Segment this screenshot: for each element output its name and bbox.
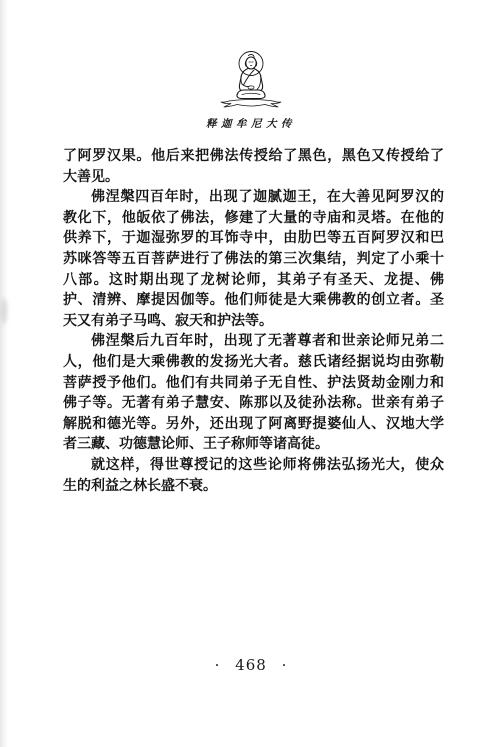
text-line: 八部。这时期出现了龙树论师，其弟子有圣天、龙提、佛: [63, 270, 444, 291]
text-line: 大善见。: [63, 167, 444, 188]
book-page: 释迦牟尼大传 了阿罗汉果。他后来把佛法传授给了黑色，黑色又传授给了 大善见。 佛…: [0, 0, 502, 747]
text-line: 天又有弟子马鸣、寂天和护法等。: [63, 311, 444, 332]
text-line: 了阿罗汉果。他后来把佛法传授给了黑色，黑色又传授给了: [63, 146, 444, 167]
page-number: · 468 ·: [0, 656, 502, 674]
text-line: 菩萨授予他们。他们有共同弟子无自性、护法贤劫金刚力和: [63, 373, 444, 394]
scan-edge-shadow: [0, 0, 8, 747]
buddha-illustration: [215, 49, 287, 113]
text-line: 护、清辨、摩提因伽等。他们师徒是大乘佛教的创立者。圣: [63, 290, 444, 311]
text-line: 教化下，他皈依了佛法，修建了大量的寺庙和灵塔。在他的: [63, 208, 444, 229]
scan-smudge: [0, 298, 7, 324]
seated-buddha-icon: [215, 49, 287, 113]
book-title-caption: 释迦牟尼大传: [0, 116, 502, 131]
text-line: 生的利益之林长盛不衰。: [63, 476, 444, 497]
text-line: 人，他们是大乘佛教的发扬光大者。慈氏诸经据说均由弥勒: [63, 352, 444, 373]
text-line: 就这样，得世尊授记的这些论师将佛法弘扬光大，使众: [63, 455, 444, 476]
text-line: 佛涅槃后九百年时，出现了无著尊者和世亲论师兄弟二: [63, 331, 444, 352]
body-text: 了阿罗汉果。他后来把佛法传授给了黑色，黑色又传授给了 大善见。 佛涅槃四百年时，…: [63, 146, 444, 496]
text-line: 解脱和德光等。另外，还出现了阿离野提婆仙人、汉地大学: [63, 414, 444, 435]
text-line: 者三藏、功德慧论师、王子称师等诸高徒。: [63, 434, 444, 455]
text-line: 佛子等。无著有弟子慧安、陈那以及徒孙法称。世亲有弟子: [63, 393, 444, 414]
text-line: 佛涅槃四百年时，出现了迦腻迦王，在大善见阿罗汉的: [63, 187, 444, 208]
text-line: 供养下，于迦湿弥罗的耳饰寺中，由肋巴等五百阿罗汉和巴: [63, 228, 444, 249]
text-line: 苏咪答等五百菩萨进行了佛法的第三次集结，判定了小乘十: [63, 249, 444, 270]
